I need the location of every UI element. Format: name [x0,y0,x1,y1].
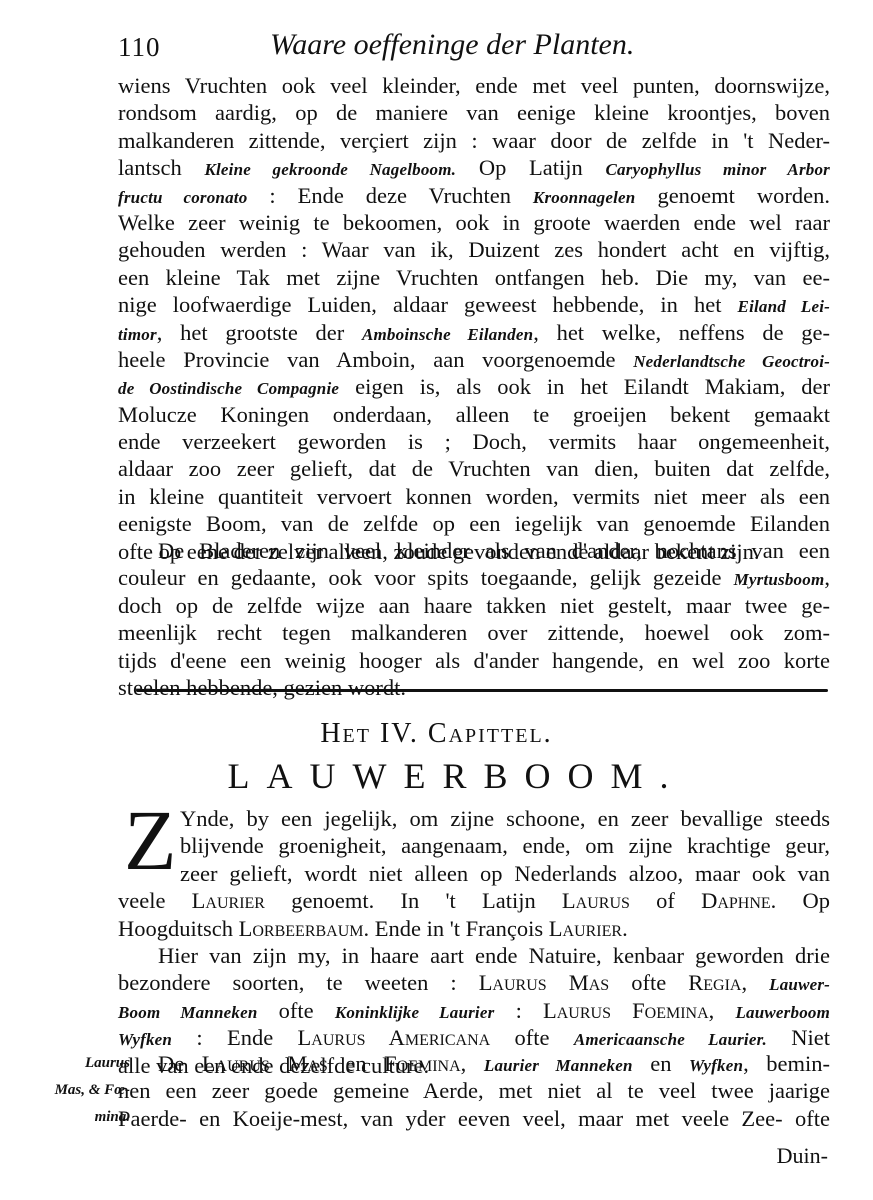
text-line: De Laurus Mas en Foemina, Laurier Mannek… [118,1050,830,1077]
margin-note-line: Laurus [30,1050,130,1077]
italic-term: Nederlandtsche Geoctroi- [633,352,830,371]
text-run: . Ende in 't François [364,916,549,941]
text-line: aldaar zoo zeer gelieft, dat de Vruchten… [118,455,830,482]
margin-note: Laurus Mas, & Fœ- mina. [30,1050,130,1131]
small-caps-term: Laurus Americana [298,1025,491,1050]
text-run: meenlijk recht tegen malkanderen over zi… [118,620,830,645]
text-run: De Bladeren zijn veel kleinder als van d… [158,538,830,563]
text-run: tijds d'eene een weinig hooger als d'and… [118,648,830,673]
text-line: meenlijk recht tegen malkanderen over zi… [118,619,830,646]
small-caps-term: Laurus [562,888,630,913]
text-run: in kleine quantiteit vervoert konnen wor… [118,484,830,509]
text-run: zeer gelieft, wordt niet alleen op Neder… [180,861,830,886]
text-line: gehouden werden : Waar van ik, Duizent z… [118,236,830,263]
text-line: timor, het grootste der Amboinsche Eilan… [118,319,830,346]
leaves-paragraph: De Bladeren zijn veel kleinder als van d… [118,537,830,701]
page-number: 110 [118,32,161,63]
margin-note-line: mina. [30,1104,130,1131]
italic-term: timor [118,325,157,344]
text-line: de Oostindische Compagnie eigen is, als … [118,373,830,400]
text-run: doch op de zelfde wijze aan haare takken… [118,593,830,618]
text-line: Paerde- en Koeije-mest, van yder eeven v… [118,1105,830,1132]
italic-term: Kroonnagelen [533,188,636,207]
text-line: couleur en gedaante, ook voor spits toeg… [118,564,830,591]
text-run: : Ende [172,1025,297,1050]
italic-term: Lauwer- [769,975,830,994]
catchword: Duin- [777,1143,828,1169]
text-line: veele Laurier genoemt. In 't Latijn Laur… [118,887,830,914]
text-line: Hier van zijn my, in haare aart ende Nat… [118,942,830,969]
small-caps-term: Laurus Mas [479,970,609,995]
italic-term: Eiland Lei- [738,297,830,316]
text-run: eenigste Boom, van de zelfde op een iege… [118,511,830,536]
text-run: Molucze Koningen onderdaan, alleen te gr… [118,402,830,427]
text-line: wiens Vruchten ook veel kleinder, ende m… [118,72,830,99]
italic-term: Laurier Manneken [484,1056,633,1075]
text-run: bezondere soorten, te weeten : [118,970,479,995]
text-run: , [824,565,830,590]
text-run: Welke zeer weinig te bekoomen, ook in gr… [118,210,830,235]
text-line: doch op de zelfde wijze aan haare takken… [118,592,830,619]
margin-note-line: Mas, & Fœ- [30,1077,130,1104]
text-run: . [622,916,628,941]
text-line: Hoogduitsch Lorbeerbaum. Ende in 't Fran… [118,915,830,942]
text-line: een kleine Tak met zijne Vruchten ontfan… [118,264,830,291]
text-line: rondsom aardig, op de maniere van eenige… [118,99,830,126]
text-line: tijds d'eene een weinig hooger als d'and… [118,647,830,674]
text-run: lantsch [118,155,204,180]
small-caps-term: Daphne [701,888,771,913]
text-line: in kleine quantiteit vervoert konnen wor… [118,483,830,510]
text-run: , het welke, neffens de ge- [533,320,830,345]
book-page: 110 Waare oeffeninge der Planten. wiens … [0,0,873,1200]
text-run: , [741,970,769,995]
text-run: veele [118,888,192,913]
text-line: malkanderen zittende, verçiert zijn : wa… [118,127,830,154]
text-run: malkanderen zittende, verçiert zijn : wa… [118,128,830,153]
running-title: Waare oeffeninge der Planten. [270,28,634,62]
text-run: Hoogduitsch [118,916,239,941]
text-line: nen een zeer goede gemeine Aerde, met ni… [118,1077,830,1104]
text-run: en [328,1051,384,1076]
text-line: lantsch Kleine gekroonde Nagelboom. Op L… [118,154,830,181]
text-run: genoemt. In 't Latijn [265,888,562,913]
text-line: Welke zeer weinig te bekoomen, ook in gr… [118,209,830,236]
text-line: ende verzeekert geworden is ; Doch, verm… [118,428,830,455]
paragraph-lines: De Laurus Mas en Foemina, Laurier Mannek… [118,1050,830,1132]
text-run: , bemin- [743,1051,830,1076]
intro-paragraph: Ynde, by een jegelijk, om zijne schoone,… [118,805,830,942]
text-run: ende verzeekert geworden is ; Doch, verm… [118,429,830,454]
italic-term: Americaansche Laurier. [574,1030,767,1049]
soil-paragraph: De Laurus Mas en Foemina, Laurier Mannek… [118,1050,830,1132]
italic-term: Kleine gekroonde Nagelboom. [204,160,456,179]
italic-term: Boom Manneken [118,1003,258,1022]
text-run: ofte [490,1025,574,1050]
small-caps-term: Foemina [384,1051,461,1076]
italic-term: Koninklijke Laurier [335,1003,495,1022]
text-line: Molucze Koningen onderdaan, alleen te gr… [118,401,830,428]
text-run: Niet [767,1025,830,1050]
text-run: heele Provincie van Amboin, aan voorgeno… [118,347,633,372]
italic-term: Wyfken [689,1056,743,1075]
text-run: genoemt worden. [635,183,830,208]
italic-term: Lauwerboom [735,1003,830,1022]
text-line: eenigste Boom, van de zelfde op een iege… [118,510,830,537]
page-header: 110 Waare oeffeninge der Planten. [118,28,838,68]
text-run: De [158,1051,202,1076]
text-run: nen een zeer goede gemeine Aerde, met ni… [118,1078,830,1103]
text-run: aldaar zoo zeer gelieft, dat de Vruchten… [118,456,830,481]
text-run: gehouden werden : Waar van ik, Duizent z… [118,237,830,262]
text-line: heele Provincie van Amboin, aan voorgeno… [118,346,830,373]
italic-term: fructu coronato [118,188,247,207]
text-run: , het grootste der [157,320,362,345]
text-line: bezondere soorten, te weeten : Laurus Ma… [118,969,830,996]
text-run: eigen is, als ook in het Eilandt Makiam,… [339,374,830,399]
text-run: couleur en gedaante, ook voor spits toeg… [118,565,734,590]
text-run: Hier van zijn my, in haare aart ende Nat… [158,943,830,968]
text-line: nige loofwaerdige Luiden, aldaar geweest… [118,291,830,318]
text-line: fructu coronato : Ende deze Vruchten Kro… [118,182,830,209]
text-run: steelen hebbende, gezien wordt. [118,675,406,700]
text-run: : [494,998,543,1023]
text-run: nige loofwaerdige Luiden, aldaar geweest… [118,292,738,317]
small-caps-term: Regia [688,970,741,995]
italic-term: Amboinsche Eilanden [362,325,533,344]
text-run: Op Latijn [456,155,605,180]
text-line: steelen hebbende, gezien wordt. [118,674,830,701]
small-caps-term: Laurus Mas [202,1051,328,1076]
text-run: en [633,1051,689,1076]
text-line: Ynde, by een jegelijk, om zijne schoone,… [118,805,830,832]
paragraph-lines: wiens Vruchten ook veel kleinder, ende m… [118,72,830,565]
chapter-title: LAUWERBOOM. [0,755,873,797]
text-run: Ynde, by een jegelijk, om zijne schoone,… [180,806,830,831]
section-divider-rule [136,689,828,692]
text-line: blijvende groenigheit, aangenaam, ende, … [118,832,830,859]
text-line: zeer gelieft, wordt niet alleen op Neder… [118,860,830,887]
text-run: of [630,888,701,913]
paragraph-lines: Ynde, by een jegelijk, om zijne schoone,… [118,805,830,942]
small-caps-term: Laurier [549,916,622,941]
text-run: . Op [771,888,830,913]
small-caps-term: Laurus Foemina [543,998,709,1023]
text-run: , [461,1051,484,1076]
text-run: : Ende deze Vruchten [247,183,533,208]
text-run: ofte [609,970,688,995]
text-run: , [709,998,736,1023]
chapter-number: Het IV. Capittel. [0,718,873,750]
text-run: een kleine Tak met zijne Vruchten ontfan… [118,265,830,290]
text-run: blijvende groenigheit, aangenaam, ende, … [180,833,830,858]
small-caps-term: Laurier [192,888,265,913]
text-run: Paerde- en Koeije-mest, van yder eeven v… [118,1106,830,1131]
text-run: wiens Vruchten ook veel kleinder, ende m… [118,73,830,98]
text-run: rondsom aardig, op de maniere van eenige… [118,100,830,125]
text-line: Wyfken : Ende Laurus Americana ofte Amer… [118,1024,830,1051]
italic-term: Myrtusboom [734,570,825,589]
italic-term: de Oostindische Compagnie [118,379,339,398]
text-run: ofte [258,998,335,1023]
continued-paragraph: wiens Vruchten ook veel kleinder, ende m… [118,72,830,565]
paragraph-lines: De Bladeren zijn veel kleinder als van d… [118,537,830,701]
text-line: De Bladeren zijn veel kleinder als van d… [118,537,830,564]
italic-term: Wyfken [118,1030,172,1049]
small-caps-term: Lorbeerbaum [239,916,364,941]
italic-term: Caryophyllus minor Arbor [606,160,830,179]
text-line: Boom Manneken ofte Koninklijke Laurier :… [118,997,830,1024]
